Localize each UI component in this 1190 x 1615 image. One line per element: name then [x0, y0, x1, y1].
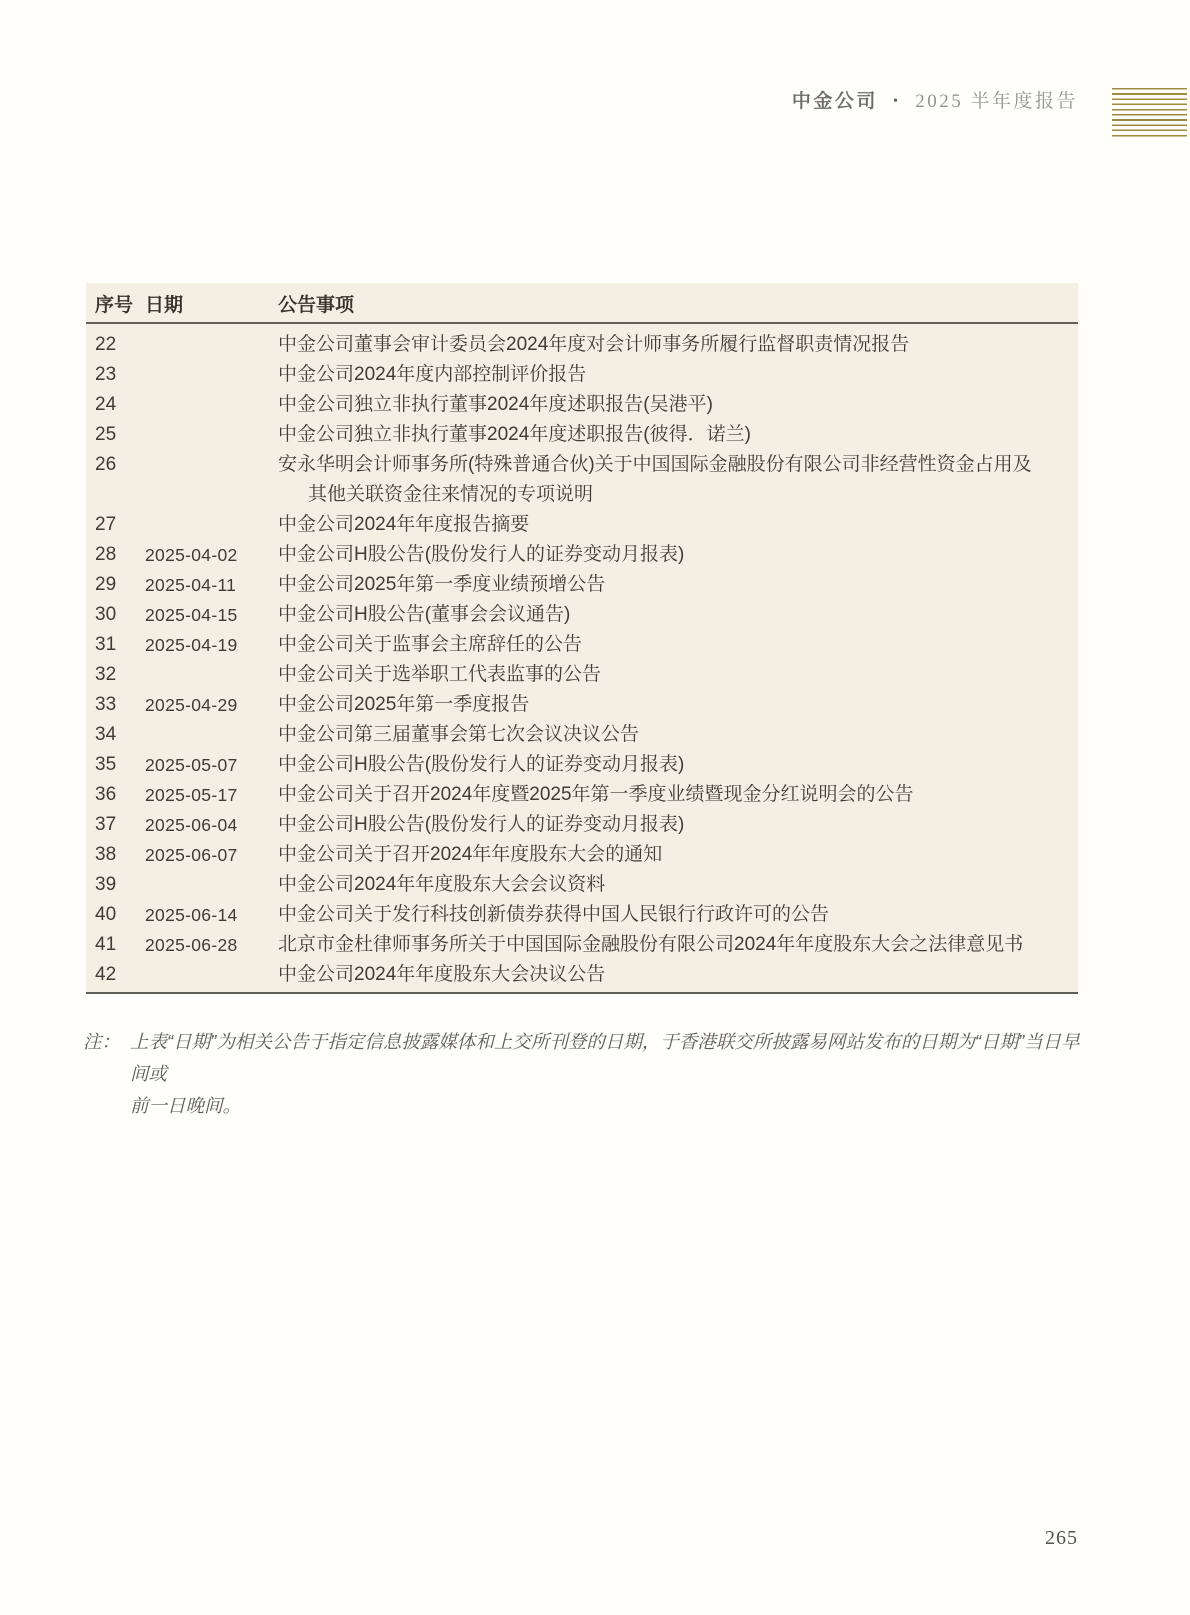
row-date: [145, 330, 278, 360]
report-title: 2025 半年度报告: [915, 91, 1078, 112]
row-number: 29: [95, 570, 145, 600]
footnote: 注： 上表“日期”为相关公告于指定信息披露媒体和上交所刊登的日期，于香港联交所披…: [83, 1026, 1080, 1122]
table-row: 42 中金公司2024年年度股东大会决议公告: [86, 960, 1078, 990]
row-number: 39: [95, 870, 145, 900]
table-row: 27 中金公司2024年年度报告摘要: [86, 510, 1078, 540]
row-date: [145, 510, 278, 540]
row-date: 2025-05-07: [145, 750, 278, 780]
row-number: 41: [95, 930, 145, 960]
table-row: 31 2025-04-19 中金公司关于监事会主席辞任的公告: [86, 630, 1078, 660]
table-body: 22 中金公司董事会审计委员会2024年度对会计师事务所履行监督职责情况报告 2…: [86, 324, 1078, 992]
announcement-title: 中金公司董事会审计委员会2024年度对会计师事务所履行监督职责情况报告: [278, 330, 1078, 360]
announcement-title: 中金公司H股公告(股份发行人的证券变动月报表): [278, 540, 1078, 570]
announcement-title: 中金公司2024年年度报告摘要: [278, 510, 1078, 540]
table-header-row: 序号 日期 公告事项: [86, 293, 1078, 324]
row-number: 36: [95, 780, 145, 810]
row-date: [145, 360, 278, 390]
announcement-title: 北京市金杜律师事务所关于中国国际金融股份有限公司2024年年度股东大会之法律意见…: [278, 930, 1078, 960]
row-number: 35: [95, 750, 145, 780]
announcement-title: 中金公司2024年度内部控制评价报告: [278, 360, 1078, 390]
bullet-separator-icon: •: [893, 94, 898, 110]
announcement-title: 中金公司关于发行科技创新债券获得中国人民银行行政许可的公告: [278, 900, 1078, 930]
announcement-title: 中金公司2024年年度股东大会会议资料: [278, 870, 1078, 900]
running-header: 中金公司 • 2025 半年度报告: [792, 86, 1078, 113]
page-number: 265: [1045, 1527, 1078, 1550]
table-row: 25 中金公司独立非执行董事2024年度述职报告(彼得．诺兰): [86, 420, 1078, 450]
announcement-title: 中金公司独立非执行董事2024年度述职报告(吴港平): [278, 390, 1078, 420]
announcement-title: 中金公司2025年第一季度报告: [278, 690, 1078, 720]
table-row: 24 中金公司独立非执行董事2024年度述职报告(吴港平): [86, 390, 1078, 420]
row-date: 2025-04-15: [145, 600, 278, 630]
announcement-title: 中金公司关于选举职工代表监事的公告: [278, 660, 1078, 690]
row-date: 2025-06-14: [145, 900, 278, 930]
footnote-text: 上表“日期”为相关公告于指定信息披露媒体和上交所刊登的日期，于香港联交所披露易网…: [130, 1026, 1080, 1122]
row-number: 27: [95, 510, 145, 540]
row-number: 23: [95, 360, 145, 390]
row-number: 32: [95, 660, 145, 690]
gold-lines-decoration: [1112, 88, 1187, 137]
column-header-number: 序号: [95, 293, 145, 319]
table-row: 41 2025-06-28 北京市金杜律师事务所关于中国国际金融股份有限公司20…: [86, 930, 1078, 960]
table-row: 36 2025-05-17 中金公司关于召开2024年度暨2025年第一季度业绩…: [86, 780, 1078, 810]
row-date: [145, 720, 278, 750]
row-number: 22: [95, 330, 145, 360]
announcement-title: 中金公司关于召开2024年度暨2025年第一季度业绩暨现金分红说明会的公告: [278, 780, 1078, 810]
announcement-title: 中金公司第三届董事会第七次会议决议公告: [278, 720, 1078, 750]
row-date: [145, 870, 278, 900]
row-date: [145, 390, 278, 420]
announcement-title: 中金公司独立非执行董事2024年度述职报告(彼得．诺兰): [278, 420, 1078, 450]
footnote-line1: 上表“日期”为相关公告于指定信息披露媒体和上交所刊登的日期，于香港联交所披露易网…: [130, 1026, 1080, 1090]
announcement-title-line2: 其他关联资金往来情况的专项说明: [278, 480, 1078, 510]
announcements-table: 序号 日期 公告事项 22 中金公司董事会审计委员会2024年度对会计师事务所履…: [86, 283, 1078, 994]
row-number: 28: [95, 540, 145, 570]
row-number: 40: [95, 900, 145, 930]
row-number: 42: [95, 960, 145, 990]
table-row: 38 2025-06-07 中金公司关于召开2024年年度股东大会的通知: [86, 840, 1078, 870]
row-number: 37: [95, 810, 145, 840]
table-row: 35 2025-05-07 中金公司H股公告(股份发行人的证券变动月报表): [86, 750, 1078, 780]
announcement-title: 安永华明会计师事务所(特殊普通合伙)关于中国国际金融股份有限公司非经营性资金占用…: [278, 450, 1078, 510]
announcement-title: 中金公司关于监事会主席辞任的公告: [278, 630, 1078, 660]
row-number: 33: [95, 690, 145, 720]
row-date: [145, 420, 278, 450]
row-date: 2025-05-17: [145, 780, 278, 810]
announcement-title: 中金公司关于召开2024年年度股东大会的通知: [278, 840, 1078, 870]
column-header-announcement: 公告事项: [278, 293, 1078, 319]
row-number: 24: [95, 390, 145, 420]
table-row: 40 2025-06-14 中金公司关于发行科技创新债券获得中国人民银行行政许可…: [86, 900, 1078, 930]
row-date: [145, 450, 278, 510]
announcement-title: 中金公司H股公告(股份发行人的证券变动月报表): [278, 810, 1078, 840]
row-date: [145, 660, 278, 690]
column-header-date: 日期: [145, 293, 278, 319]
row-number: 30: [95, 600, 145, 630]
table-row: 26 安永华明会计师事务所(特殊普通合伙)关于中国国际金融股份有限公司非经营性资…: [86, 450, 1078, 510]
table-row: 34 中金公司第三届董事会第七次会议决议公告: [86, 720, 1078, 750]
table-row: 33 2025-04-29 中金公司2025年第一季度报告: [86, 690, 1078, 720]
table-row: 37 2025-06-04 中金公司H股公告(股份发行人的证券变动月报表): [86, 810, 1078, 840]
row-number: 34: [95, 720, 145, 750]
row-number: 25: [95, 420, 145, 450]
row-date: 2025-04-19: [145, 630, 278, 660]
row-date: 2025-04-11: [145, 570, 278, 600]
row-date: 2025-04-02: [145, 540, 278, 570]
announcement-title: 中金公司2024年年度股东大会决议公告: [278, 960, 1078, 990]
row-number: 38: [95, 840, 145, 870]
table-row: 29 2025-04-11 中金公司2025年第一季度业绩预增公告: [86, 570, 1078, 600]
announcement-title: 中金公司H股公告(股份发行人的证券变动月报表): [278, 750, 1078, 780]
table-row: 22 中金公司董事会审计委员会2024年度对会计师事务所履行监督职责情况报告: [86, 330, 1078, 360]
table-row: 39 中金公司2024年年度股东大会会议资料: [86, 870, 1078, 900]
announcement-title: 中金公司H股公告(董事会会议通告): [278, 600, 1078, 630]
row-date: 2025-06-07: [145, 840, 278, 870]
table-row: 23 中金公司2024年度内部控制评价报告: [86, 360, 1078, 390]
announcement-title: 中金公司2025年第一季度业绩预增公告: [278, 570, 1078, 600]
table-row: 30 2025-04-15 中金公司H股公告(董事会会议通告): [86, 600, 1078, 630]
table-row: 32 中金公司关于选举职工代表监事的公告: [86, 660, 1078, 690]
footnote-line2: 前一日晚间。: [130, 1090, 1080, 1122]
announcement-title-line1: 安永华明会计师事务所(特殊普通合伙)关于中国国际金融股份有限公司非经营性资金占用…: [278, 450, 1078, 480]
row-date: 2025-06-04: [145, 810, 278, 840]
company-name: 中金公司: [792, 91, 878, 112]
row-date: 2025-04-29: [145, 690, 278, 720]
row-date: 2025-06-28: [145, 930, 278, 960]
row-number: 26: [95, 450, 145, 510]
row-number: 31: [95, 630, 145, 660]
row-date: [145, 960, 278, 990]
footnote-label: 注：: [83, 1026, 130, 1122]
report-page: 中金公司 • 2025 半年度报告 序号 日期 公告事项 22 中金公司董事会审…: [0, 0, 1190, 1615]
table-row: 28 2025-04-02 中金公司H股公告(股份发行人的证券变动月报表): [86, 540, 1078, 570]
